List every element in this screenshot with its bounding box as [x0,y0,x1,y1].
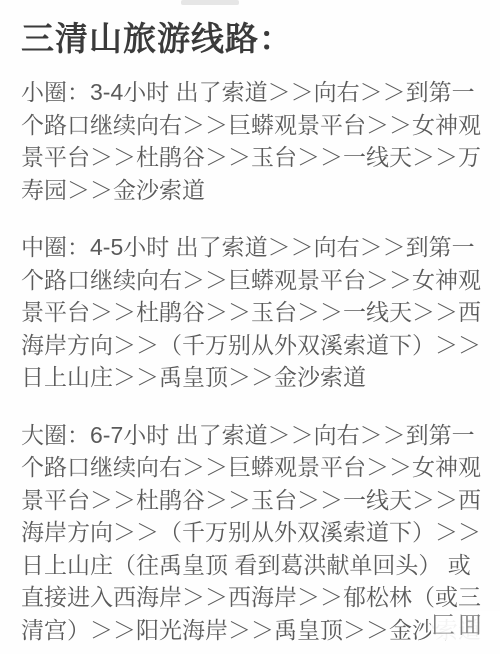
route-line: 清宫）＞＞阳光海岸＞＞禹皇顶＞＞金沙索道 [21,614,500,647]
route-line: 海岸方向＞＞（千万别从外双溪索道下）＞＞ [21,329,500,362]
route-line: 小圈：3-4小时 出了索道＞＞向右＞＞到第一 [21,76,500,109]
route-line: 中圈：4-5小时 出了索道＞＞向右＞＞到第一 [21,231,500,264]
document: 三清山旅游线路： 小圈：3-4小时 出了索道＞＞向右＞＞到第一个路口继续向右＞＞… [0,0,500,654]
route-line: 海岸方向＞＞（千万别从外双溪索道下）＞＞ [21,516,500,549]
route-line: 直接进入西海岸＞＞西海岸＞＞郁松林（或三 [21,581,500,614]
route-line: 景平台＞＞杜鹃谷＞＞玉台＞＞一线天＞＞万 [21,141,500,174]
route-line: 日上山庄（往禹皇顶 看到葛洪献单回头） 或 [21,549,500,582]
watermark: 匚囬 [431,611,500,640]
page-title: 三清山旅游线路： [21,16,500,62]
route-line: 日上山庄＞＞禹皇顶＞＞金沙索道 [21,361,500,394]
route-line: 寿园＞＞金沙索道 [21,174,500,207]
route-paragraph-small-loop: 小圈：3-4小时 出了索道＞＞向右＞＞到第一个路口继续向右＞＞巨蟒观景平台＞＞女… [21,76,500,206]
route-paragraph-middle-loop: 中圈：4-5小时 出了索道＞＞向右＞＞到第一个路口继续向右＞＞巨蟒观景平台＞＞女… [21,231,500,394]
route-line: 大圈：6-7小时 出了索道＞＞向右＞＞到第一 [21,419,500,452]
route-list: 三清山旅游线路： 小圈：3-4小时 出了索道＞＞向右＞＞到第一个路口继续向右＞＞… [0,0,500,646]
route-line: 景平台＞＞杜鹃谷＞＞玉台＞＞一线天＞＞西 [21,296,500,329]
route-line: 个路口继续向右＞＞巨蟒观景平台＞＞女神观 [21,264,500,297]
route-line: 景平台＞＞杜鹃谷＞＞玉台＞＞一线天＞＞西 [21,484,500,517]
crop-artifact [181,0,239,5]
route-paragraph-big-loop: 大圈：6-7小时 出了索道＞＞向右＞＞到第一个路口继续向右＞＞巨蟒观景平台＞＞女… [21,419,500,647]
route-line: 个路口继续向右＞＞巨蟒观景平台＞＞女神观 [21,451,500,484]
route-line: 个路口继续向右＞＞巨蟒观景平台＞＞女神观 [21,109,500,142]
